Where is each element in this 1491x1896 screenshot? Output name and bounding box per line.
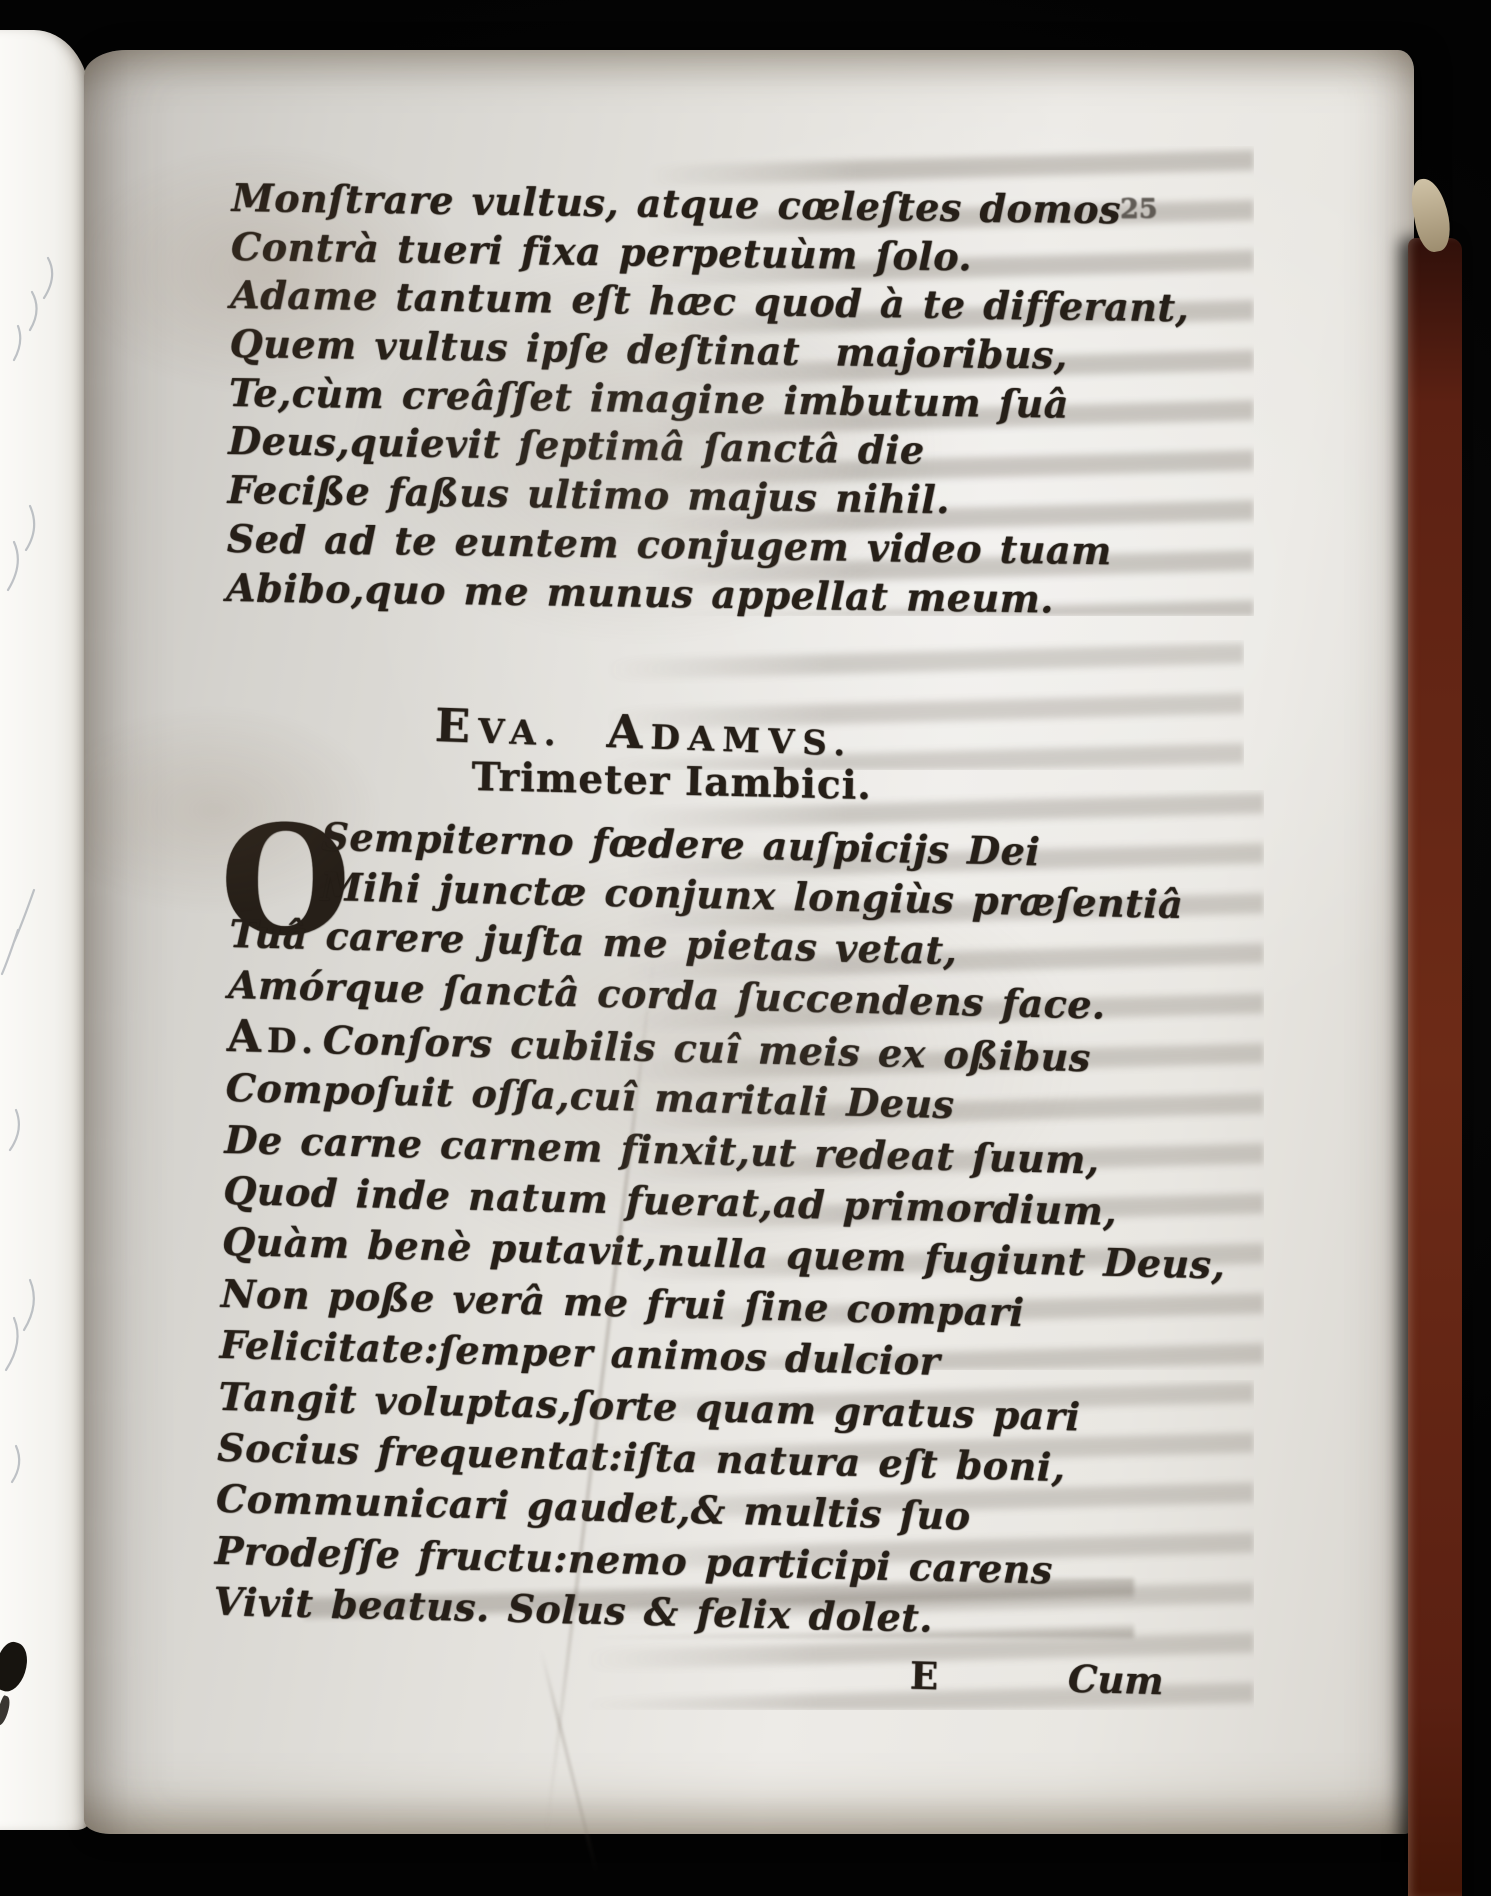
signature-mark: E: [909, 1654, 938, 1699]
catchword: Cum: [1067, 1657, 1164, 1703]
verse-block-2: Tuâ carere juſta me pietas vetat, Amórqu…: [213, 908, 1233, 1651]
speaker-name-eva: EVA.: [434, 698, 565, 756]
book-page: 25 Monſtrare vultus, atque cœleſtes domo…: [84, 50, 1414, 1834]
meter-heading: Trimeter Iambici.: [471, 754, 873, 809]
book-cover-edge: [1408, 238, 1462, 1896]
facing-page-edge: [0, 30, 90, 1830]
marginalia-marks: [0, 30, 90, 1830]
scene-heading: EVA. ADAMVS.: [436, 698, 1136, 722]
speaker-label-adamus: AD.: [226, 1011, 323, 1069]
book-photo: 25 Monſtrare vultus, atque cœleſtes domo…: [0, 0, 1491, 1896]
verse-block-1: Monſtrare vultus, atque cœleſtes domos C…: [226, 174, 1191, 626]
